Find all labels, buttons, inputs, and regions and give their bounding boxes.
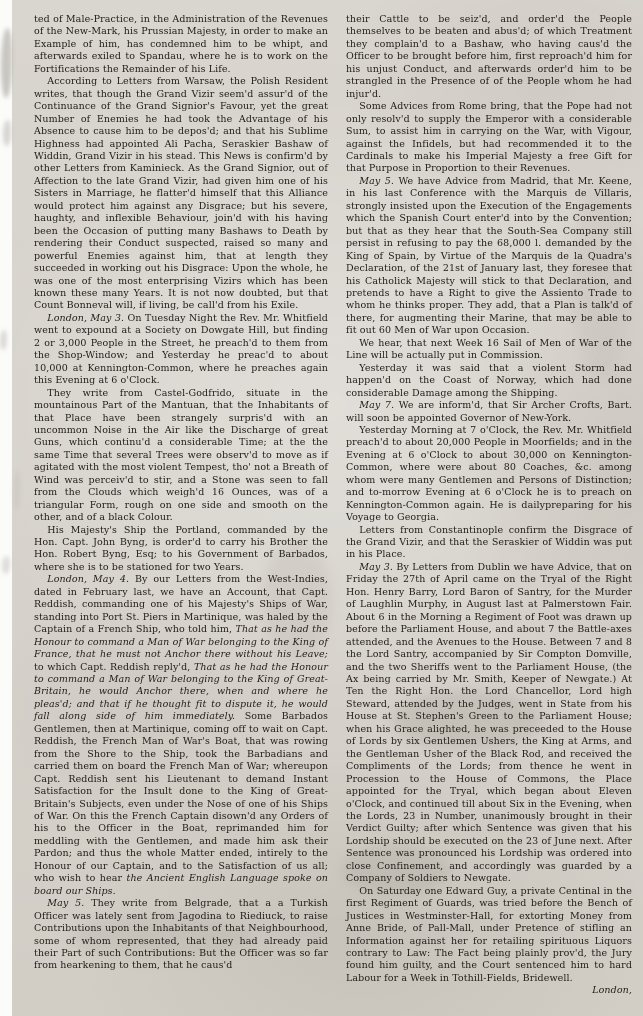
- dateline: May 5.: [359, 176, 394, 187]
- paragraph-dateline: May 5. We have Advice from Madrid, that …: [346, 176, 632, 338]
- dateline: London, May 3.: [47, 313, 124, 324]
- dateline: May 7.: [359, 400, 394, 411]
- paragraph-dateline: May 7. We are inform'd, that Sir Archer …: [346, 400, 632, 425]
- text-run: Some Advices from Rome bring, that the P…: [346, 101, 632, 174]
- paragraph-continuation: ted of Male-Practice, in the Administrat…: [34, 14, 328, 76]
- paragraph: We hear, that next Week 16 Sail of Men o…: [346, 338, 632, 363]
- catchword: London,: [346, 985, 632, 997]
- text-run: Yesterday Morning at 7 o'Clock, the Rev.…: [346, 425, 632, 523]
- paragraph-dateline: May 5. They write from Belgrade, that a …: [34, 898, 328, 973]
- paragraph: Letters from Constantinople confirm the …: [346, 525, 632, 562]
- column-right: their Cattle to be seiz'd, and order'd t…: [346, 14, 632, 998]
- text-run: His Majesty's Ship the Portland, command…: [34, 525, 328, 573]
- scan-smudge: [3, 120, 11, 146]
- scan-smudge: [0, 330, 7, 350]
- text-run: We hear, that next Week 16 Sail of Men o…: [346, 338, 632, 361]
- text-run: We have Advice from Madrid, that Mr. Kee…: [346, 176, 632, 336]
- text-run: ted of Male-Practice, in the Administrat…: [34, 14, 328, 75]
- paragraph: His Majesty's Ship the Portland, command…: [34, 525, 328, 575]
- scan-smudge: [2, 556, 10, 574]
- paragraph: Yesterday it was said that a violent Sto…: [346, 363, 632, 400]
- text-run: to which Capt. Reddish reply'd,: [34, 662, 194, 673]
- text-run: They write from Castel-Godfrido, situate…: [34, 388, 328, 524]
- scan-smudge: [1, 28, 12, 98]
- paragraph-dateline: May 3. By Letters from Dublin we have Ad…: [346, 562, 632, 886]
- text-run: Yesterday it was said that a violent Sto…: [346, 363, 632, 399]
- catchword-text: London,: [592, 985, 632, 996]
- paragraph: On Saturday one Edward Guy, a private Ce…: [346, 886, 632, 986]
- paragraph: According to Letters from Warsaw, the Po…: [34, 76, 328, 313]
- paragraph-dateline: London, May 3. On Tuesday Night the Rev.…: [34, 313, 328, 388]
- dateline: May 3.: [359, 562, 393, 573]
- paragraph-continuation: their Cattle to be seiz'd, and order'd t…: [346, 14, 632, 101]
- dateline: May 5.: [47, 898, 84, 909]
- text-run: By Letters from Dublin we have Advice, t…: [346, 562, 632, 884]
- newspaper-scan: ted of Male-Practice, in the Administrat…: [0, 0, 643, 1016]
- column-left: ted of Male-Practice, in the Administrat…: [34, 14, 328, 973]
- dateline: London, May 4.: [47, 574, 129, 585]
- paragraph-dateline: London, May 4. By our Letters from the W…: [34, 574, 328, 898]
- text-run: According to Letters from Warsaw, the Po…: [34, 76, 328, 311]
- scan-margin: [0, 0, 12, 1016]
- text-run: Some Barbados Gentlemen, then at Martini…: [34, 711, 328, 884]
- text-run: On Saturday one Edward Guy, a private Ce…: [346, 886, 632, 984]
- paragraph: Some Advices from Rome bring, that the P…: [346, 101, 632, 176]
- text-run: their Cattle to be seiz'd, and order'd t…: [346, 14, 632, 100]
- paragraph: Yesterday Morning at 7 o'Clock, the Rev.…: [346, 425, 632, 525]
- paragraph: They write from Castel-Godfrido, situate…: [34, 388, 328, 525]
- text-run: Letters from Constantinople confirm the …: [346, 525, 632, 561]
